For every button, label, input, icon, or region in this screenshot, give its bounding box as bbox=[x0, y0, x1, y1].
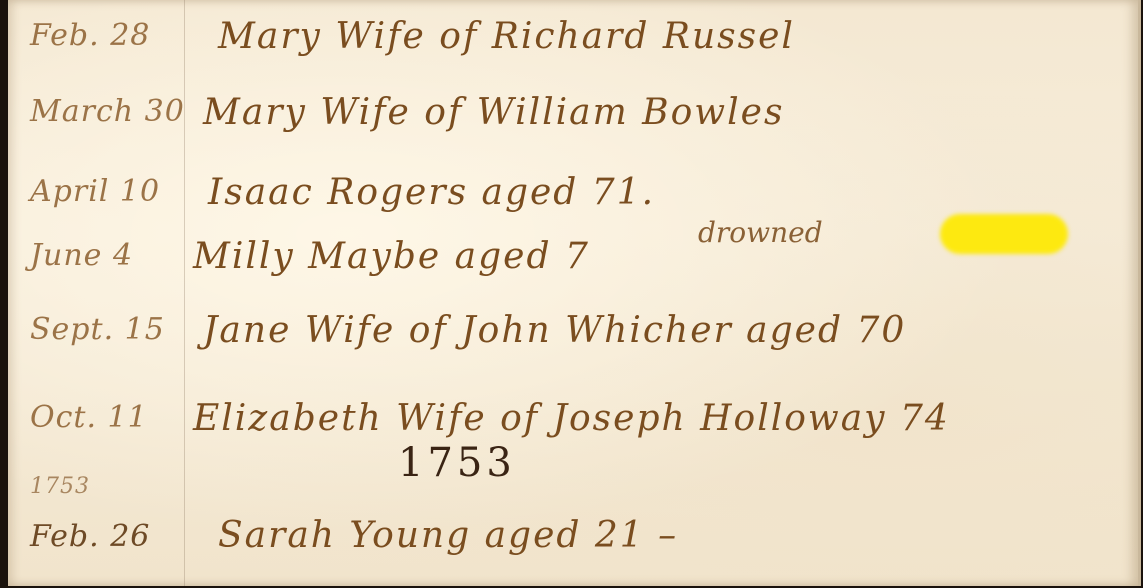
year-heading: 1753 bbox=[398, 440, 516, 486]
entry-date: Feb. 28 bbox=[30, 18, 180, 53]
entry-date: June 4 bbox=[30, 238, 180, 273]
entry-text: Sarah Young aged 21 – bbox=[218, 515, 678, 556]
register-entry: Oct. 11 Elizabeth Wife of Joseph Hollowa… bbox=[8, 388, 1138, 458]
entry-date: April 10 bbox=[30, 174, 180, 209]
entry-text: Mary Wife of Richard Russel bbox=[218, 16, 795, 57]
entry-note: drowned bbox=[698, 216, 823, 249]
entry-text: Mary Wife of William Bowles bbox=[203, 92, 784, 133]
entry-text: Jane Wife of John Whicher aged 70 bbox=[203, 310, 906, 351]
register-page: Feb. 28 Mary Wife of Richard Russel Marc… bbox=[8, 0, 1141, 586]
entry-date: Sept. 15 bbox=[30, 312, 180, 347]
yellow-highlight-mark bbox=[940, 214, 1068, 254]
register-entry: Sept. 15 Jane Wife of John Whicher aged … bbox=[8, 300, 1138, 370]
register-entry: Feb. 26 Sarah Young aged 21 – bbox=[8, 505, 1138, 575]
entry-date: Feb. 26 bbox=[30, 519, 180, 554]
margin-year: 1753 bbox=[30, 474, 180, 499]
entry-text: Isaac Rogers aged 71. bbox=[208, 172, 655, 213]
register-entry: March 30 Mary Wife of William Bowles bbox=[8, 82, 1138, 152]
entry-text: Elizabeth Wife of Joseph Holloway 74 bbox=[193, 398, 950, 439]
entry-text: Milly Maybe aged 7 bbox=[193, 236, 590, 277]
entry-date: Oct. 11 bbox=[30, 400, 180, 435]
entry-date: March 30 bbox=[30, 94, 180, 129]
register-entry: Feb. 28 Mary Wife of Richard Russel bbox=[8, 8, 1138, 78]
